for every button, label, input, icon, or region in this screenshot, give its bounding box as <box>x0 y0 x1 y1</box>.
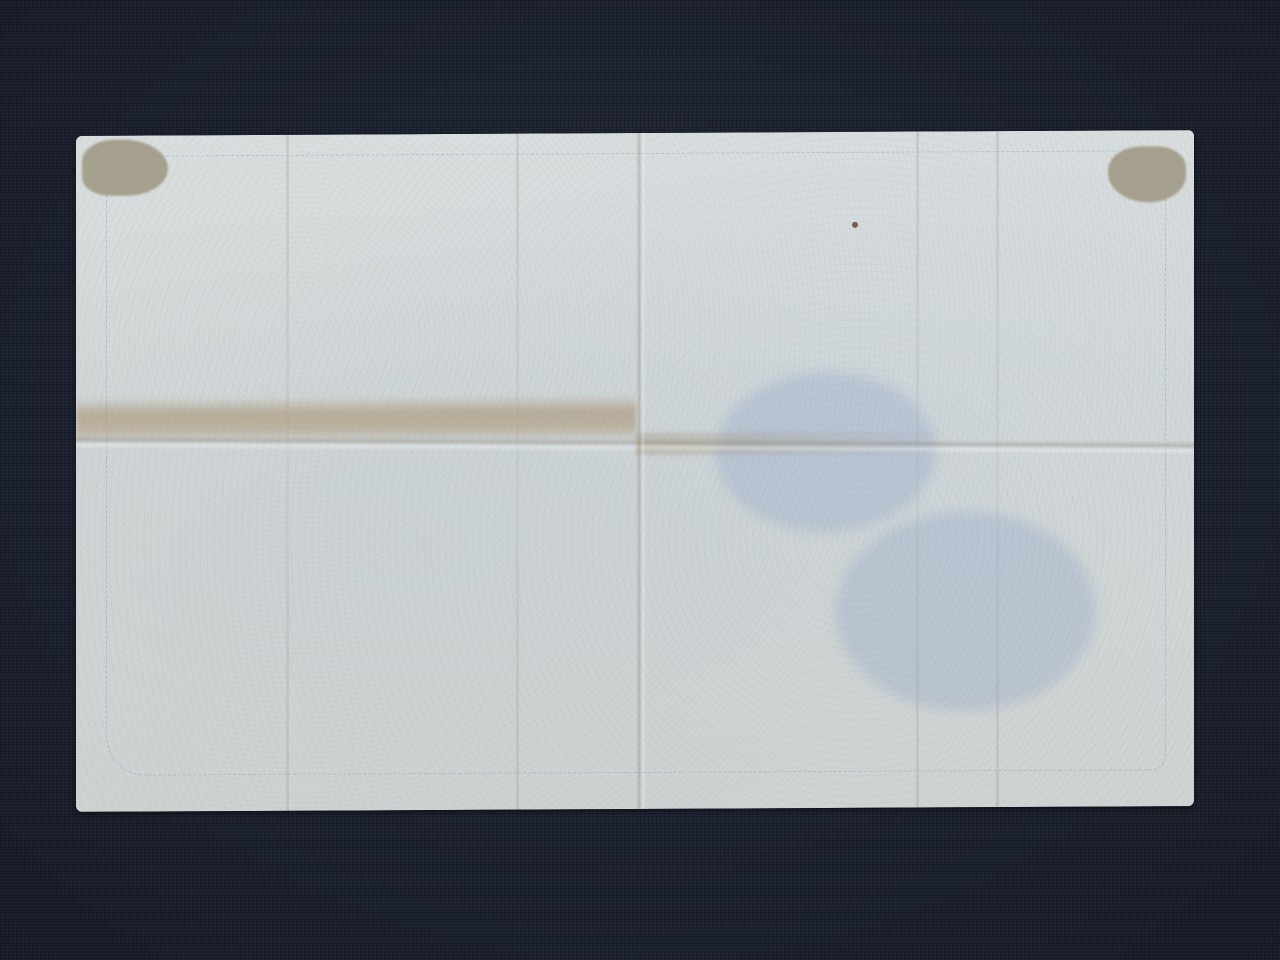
tape-residue-top-left <box>82 139 168 195</box>
crease <box>996 131 999 807</box>
crease <box>516 134 519 810</box>
crease <box>286 135 289 811</box>
tape-residue-top-right <box>1108 146 1186 202</box>
crease <box>916 132 919 808</box>
blue-ink-fade <box>836 511 1096 712</box>
brown-spot <box>852 222 858 228</box>
paper-note <box>76 130 1194 812</box>
vertical-fold <box>636 133 646 809</box>
